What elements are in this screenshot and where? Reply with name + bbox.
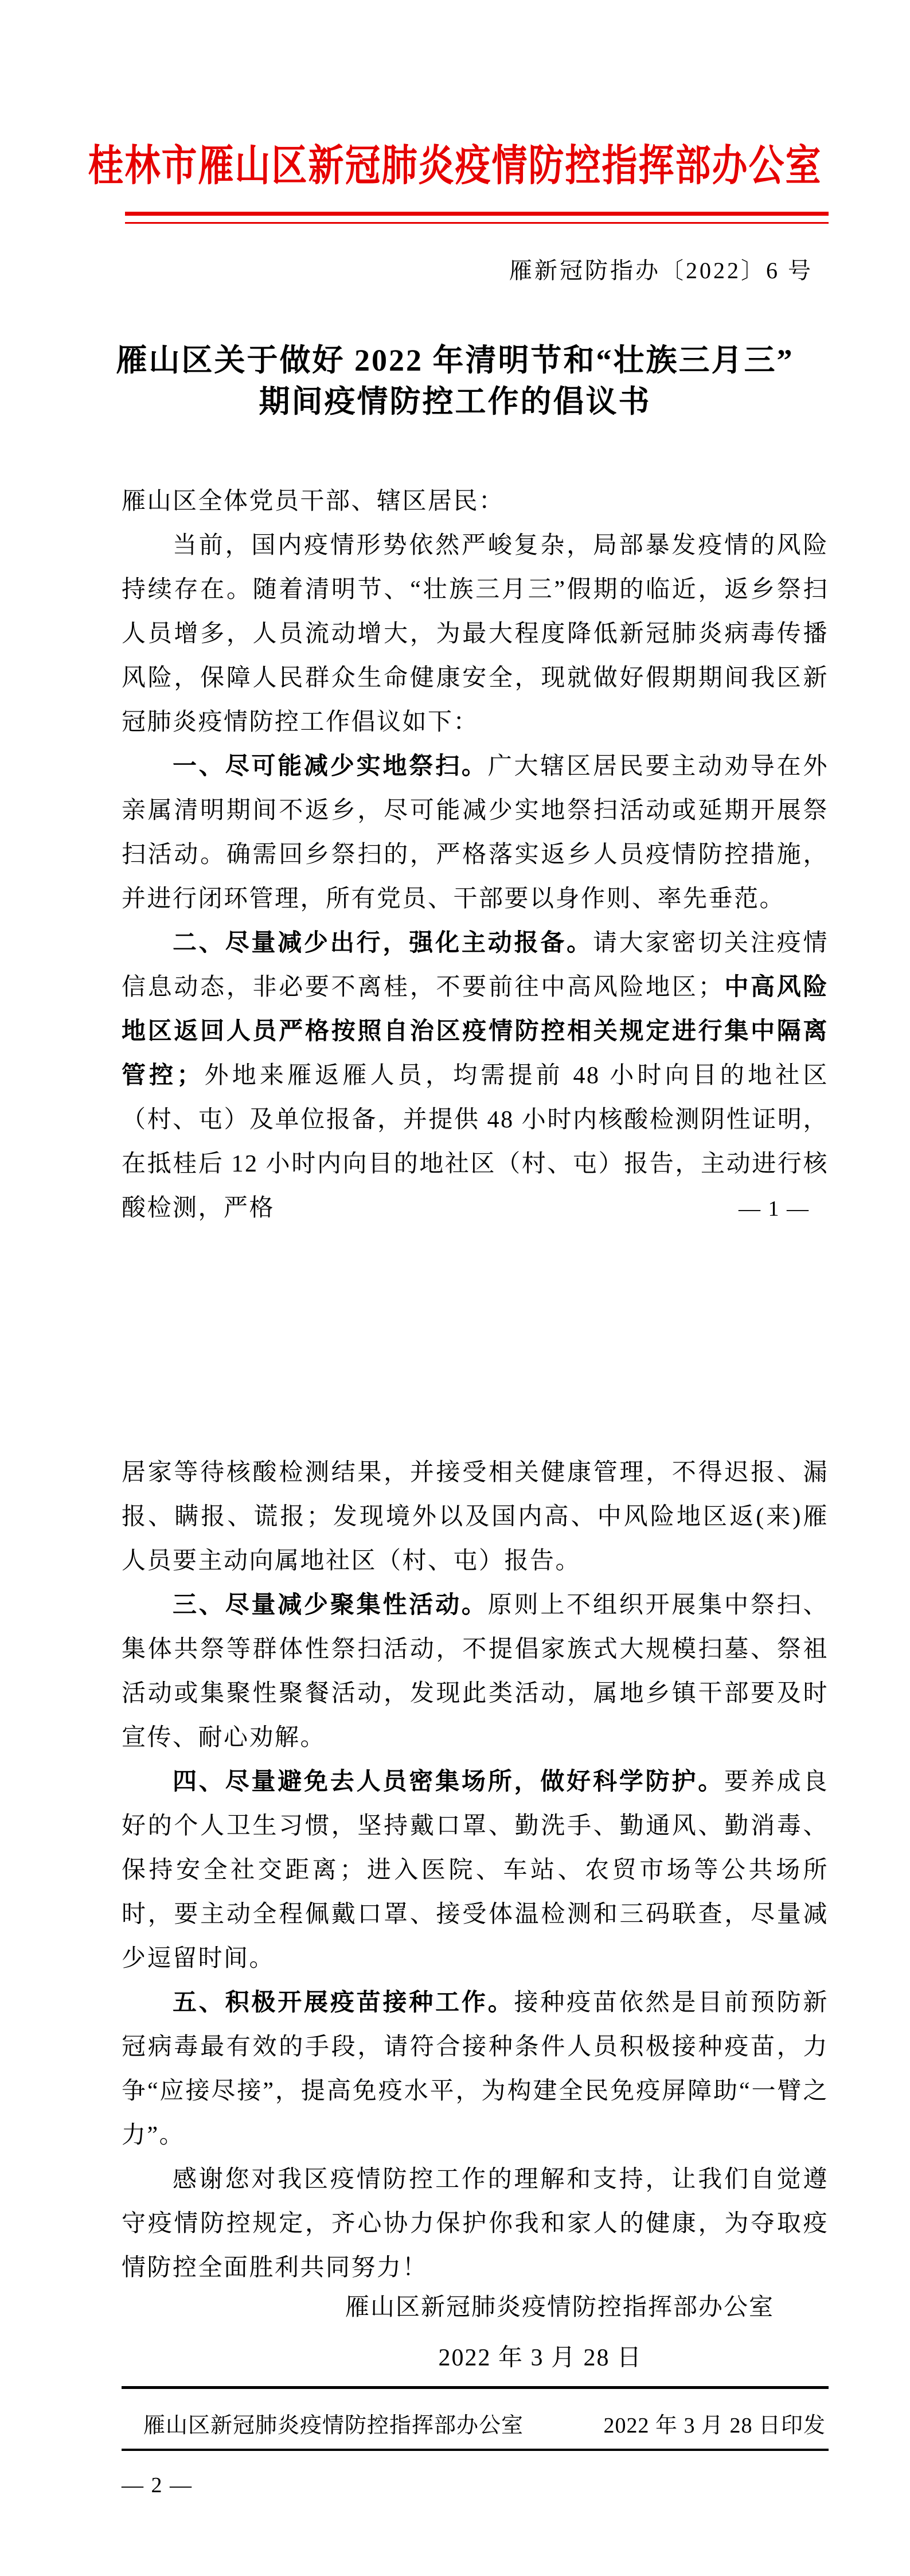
document-title-line2: 期间疫情防控工作的倡议书 [0,381,910,422]
issuing-office-signature: 雁山区新冠肺炎疫情防控指挥部办公室 [345,2288,774,2322]
letterhead-office-title: 桂林市雁山区新冠肺炎疫情防控指挥部办公室 [0,142,910,192]
text-segment: 当前，国内疫情形势依然严峻复杂，局部暴发疫情的风险持续存在。随着清明节、“壮族三… [122,532,829,736]
body-paragraph: 五、积极开展疫苗接种工作。接种疫苗依然是目前预防新冠病毒最有效的手段，请符合接种… [122,1981,829,2158]
body-paragraph: 感谢您对我区疫情防控工作的理解和支持，让我们自觉遵守疫情防控规定，齐心协力保护你… [122,2158,829,2290]
bold-text-segment: 三、尽量减少聚集性活动。 [173,1592,488,1618]
page1-number: — 1 — [739,1196,810,1221]
body-paragraph: 一、尽可能减少实地祭扫。广大辖区居民要主动劝导在外亲属清明期间不返乡，尽可能减少… [122,745,829,921]
document-reference-number: 雁新冠防指办〔2022〕6 号 [509,252,813,285]
document-title-line1: 雁山区关于做好 2022 年清明节和“壮族三月三” [0,340,910,381]
document-date: 2022 年 3 月 28 日 [438,2338,642,2373]
text-segment: 雁山区全体党员干部、辖区居民： [122,488,505,515]
official-document-page: 桂林市雁山区新冠肺炎疫情防控指挥部办公室 雁新冠防指办〔2022〕6 号 雁山区… [0,0,910,2576]
letterhead-rule-thin [125,222,829,224]
letterhead-rule-thick [125,212,829,216]
footer-print-date-note: 2022 年 3 月 28 日印发 [603,2407,826,2439]
page2-number: — 2 — [122,2473,193,2498]
bold-text-segment: 一、尽可能减少实地祭扫。 [173,753,488,780]
text-segment: 外地来雁返雁人员，均需提前 48 小时向目的地社区（村、屯）及单位报备，并提供 … [122,1063,829,1221]
body-paragraph: 四、尽量避免去人员密集场所，做好科学防护。要养成良好的个人卫生习惯，坚持戴口罩、… [122,1760,829,1981]
body-paragraph: 三、尽量减少聚集性活动。原则上不组织开展集中祭扫、集体共祭等群体性祭扫活动，不提… [122,1583,829,1760]
body-paragraph: 雁山区全体党员干部、辖区居民： [122,480,829,524]
body-paragraph: 当前，国内疫情形势依然严峻复杂，局部暴发疫情的风险持续存在。随着清明节、“壮族三… [122,524,829,745]
footer-rule-top [122,2386,829,2389]
page1-body-text: 雁山区全体党员干部、辖区居民：当前，国内疫情形势依然严峻复杂，局部暴发疫情的风险… [122,480,829,1231]
footer-rule-bottom [122,2449,829,2451]
document-title: 雁山区关于做好 2022 年清明节和“壮族三月三” 期间疫情防控工作的倡议书 [0,340,910,422]
body-paragraph: 二、尽量减少出行，强化主动报备。请大家密切关注疫情信息动态，非必要不离桂，不要前… [122,921,829,1231]
body-paragraph: 居家等待核酸检测结果，并接受相关健康管理，不得迟报、漏报、瞒报、谎报；发现境外以… [122,1451,829,1583]
text-segment: 感谢您对我区疫情防控工作的理解和支持，让我们自觉遵守疫情防控规定，齐心协力保护你… [122,2166,829,2281]
text-segment: 居家等待核酸检测结果，并接受相关健康管理，不得迟报、漏报、瞒报、谎报；发现境外以… [122,1460,829,1574]
bold-text-segment: 二、尽量减少出行，强化主动报备。 [173,930,593,956]
footer-issuer-office: 雁山区新冠肺炎疫情防控指挥部办公室 [143,2407,524,2439]
text-segment: 要养成良好的个人卫生习惯，坚持戴口罩、勤洗手、勤通风、勤消毒、保持安全社交距离；… [122,1769,829,1972]
page2-body-text: 居家等待核酸检测结果，并接受相关健康管理，不得迟报、漏报、瞒报、谎报；发现境外以… [122,1451,829,2290]
bold-text-segment: 五、积极开展疫苗接种工作。 [173,1990,514,2016]
bold-text-segment: 四、尽量避免去人员密集场所，做好科学防护。 [173,1769,724,1795]
